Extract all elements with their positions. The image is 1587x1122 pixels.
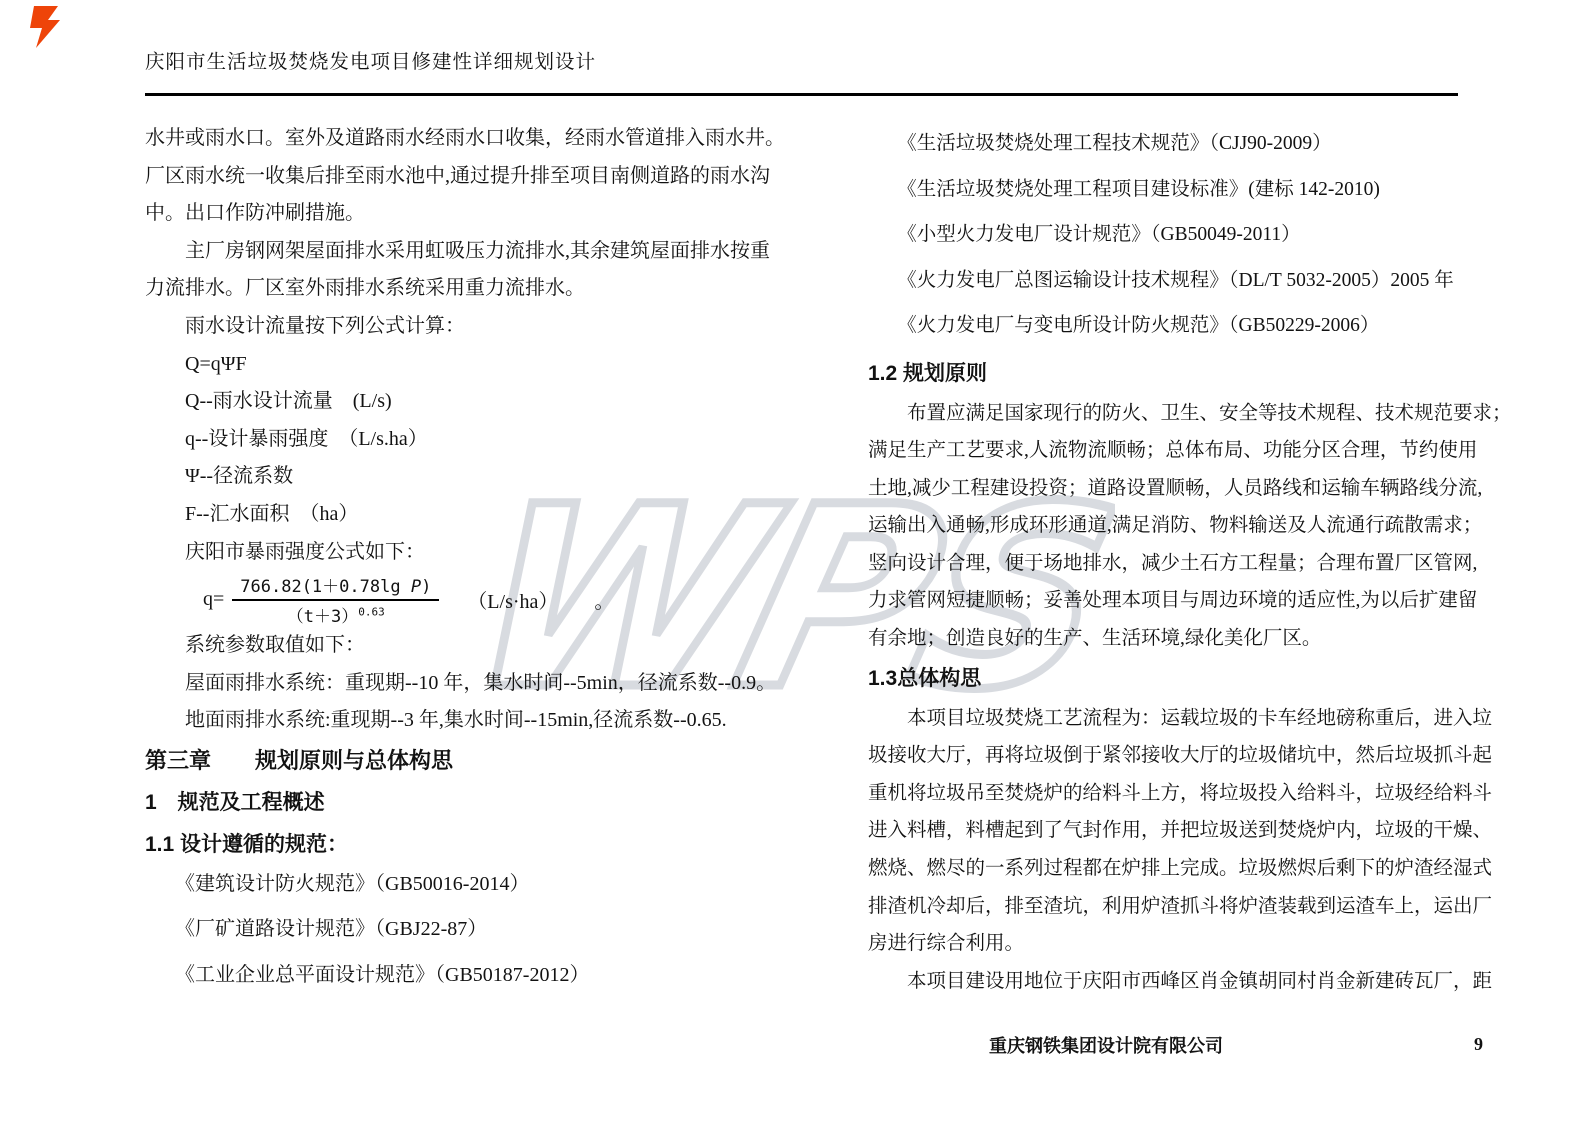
text-line: 布置应满足国家现行的防火、卫生、安全等技术规程、技术规范要求； [868,395,1478,433]
text-line: 排渣机冷却后，排至渣坑，利用炉渣抓斗将炉渣装载到运渣车上，运出厂 [868,888,1478,926]
formula-period: 。 [594,585,614,614]
text-line: 《火力发电厂总图运输设计技术规程》（DL/T 5032-2005）2005 年 [868,262,1478,308]
text-line: 竖向设计合理，便于场地排水，减少土石方工程量；合理布置厂区管网, [868,545,1478,583]
left-column: 水井或雨水口。室外及道路雨水经雨水口收集，经雨水管道排入雨水井。厂区雨水统一收集… [145,120,760,1002]
text-line: 屋面雨排水系统：重现期--10 年，集水时间--5min，径流系数--0.9。 [145,665,760,703]
text-line: 厂区雨水统一收集后排至雨水池中,通过提升排至项目南侧道路的雨水沟 [145,158,760,196]
left-column-bottom: 系统参数取值如下： 屋面雨排水系统：重现期--10 年，集水时间--5min，径… [145,627,760,1002]
text-line: Q--雨水设计流量 (L/s) [145,383,760,421]
text-line: 满足生产工艺要求,人流物流顺畅；总体布局、功能分区合理，节约使用 [868,432,1478,470]
text-line: 有余地；创造良好的生产、生活环境,绿化美化厂区。 [868,620,1478,658]
right-column: 《生活垃圾焚烧处理工程技术规范》（CJJ90-2009） 《生活垃圾焚烧处理工程… [868,125,1478,1000]
formula-fraction: 766.82(1＋0.78lg P) （t＋3）0.63 [232,572,439,627]
text-line: 庆阳市暴雨强度公式如下： [145,534,760,572]
text-line: 《生活垃圾焚烧处理工程项目建设标准》(建标 142-2010) [868,171,1478,217]
formula-numerator: 766.82(1＋0.78lg P) [232,572,439,601]
page-number: 9 [1474,1032,1483,1056]
formula-unit: （L/s·ha） [467,585,558,614]
text-line: 系统参数取值如下： [145,627,760,665]
text-line: 主厂房钢网架屋面排水采用虹吸压力流排水,其余建筑屋面排水按重 [145,233,760,271]
text-line: 进入料槽，料槽起到了气封作用，并把垃圾送到焚烧炉内，垃圾的干燥、 [868,812,1478,850]
text-line: 《建筑设计防火规范》（GB50016-2014） [145,866,760,912]
formula-lhs: q= [203,588,224,611]
text-line: 燃烧、燃尽的一系列过程都在炉排上完成。垃圾燃烬后剩下的炉渣经湿式 [868,850,1478,888]
text-line: 雨水设计流量按下列公式计算： [145,308,760,346]
text-line: 《小型火力发电厂设计规范》（GB50049-2011） [868,216,1478,262]
brand-logo-icon [28,6,62,48]
text-line: 力流排水。厂区室外雨排水系统采用重力流排水。 [145,270,760,308]
rain-intensity-formula: q= 766.82(1＋0.78lg P) （t＋3）0.63 （L/s·ha）… [145,571,760,627]
text-line: 力求管网短捷顺畅；妥善处理本项目与周边环境的适应性,为以后扩建留 [868,582,1478,620]
text-line: 本项目垃圾焚烧工艺流程为：运载垃圾的卡车经地磅称重后，进入垃 [868,700,1478,738]
text-line: 运输出入通畅,形成环形通道,满足消防、物料输送及人流通行疏散需求； [868,507,1478,545]
text-line: 重机将垃圾吊至焚烧炉的给料斗上方，将垃圾投入给料斗，垃圾经给料斗 [868,775,1478,813]
text-line: 水井或雨水口。室外及道路雨水经雨水口收集，经雨水管道排入雨水井。 [145,120,760,158]
text-line: 《厂矿道路设计规范》（GBJ22-87） [145,911,760,957]
text-line: 1.2 规划原则 [868,353,1478,395]
text-line: 中。出口作防冲刷措施。 [145,195,760,233]
text-line: 《火力发电厂与变电所设计防火规范》（GB50229-2006） [868,307,1478,353]
text-line: 1.1 设计遵循的规范： [145,824,760,866]
text-line: 本项目建设用地位于庆阳市西峰区肖金镇胡同村肖金新建砖瓦厂，距 [868,963,1478,1001]
text-line: 地面雨排水系统:重现期--3 年,集水时间--15min,径流系数--0.65. [145,702,760,740]
text-line: 1 规范及工程概述 [145,782,760,824]
text-line: 第三章 规划原则与总体构思 [145,740,760,782]
footer-company: 重庆钢铁集团设计院有限公司 [989,1034,1223,1058]
text-line: 1.3总体构思 [868,658,1478,700]
right-column-lines: 《生活垃圾焚烧处理工程技术规范》（CJJ90-2009） 《生活垃圾焚烧处理工程… [868,125,1478,1000]
header-divider [145,93,1458,96]
document-page: 庆阳市生活垃圾焚烧发电项目修建性详细规划设计 WPS 水井或雨水口。室外及道路雨… [0,0,1587,1122]
text-line: Ψ--径流系数 [145,458,760,496]
formula-denominator: （t＋3）0.63 [287,601,385,627]
text-line: q--设计暴雨强度 （L/s.ha） [145,421,760,459]
text-line: 《工业企业总平面设计规范》（GB50187-2012） [145,957,760,1003]
text-line: 土地,减少工程建设投资；道路设置顺畅，人员路线和运输车辆路线分流, [868,470,1478,508]
left-column-top: 水井或雨水口。室外及道路雨水经雨水口收集，经雨水管道排入雨水井。厂区雨水统一收集… [145,120,760,571]
text-line: F--汇水面积 （ha） [145,496,760,534]
text-line: 房进行综合利用。 [868,925,1478,963]
page-title: 庆阳市生活垃圾焚烧发电项目修建性详细规划设计 [145,46,596,74]
text-line: Q=qΨF [145,346,760,384]
text-line: 圾接收大厅，再将垃圾倒于紧邻接收大厅的垃圾储坑中，然后垃圾抓斗起 [868,737,1478,775]
text-line: 《生活垃圾焚烧处理工程技术规范》（CJJ90-2009） [868,125,1478,171]
